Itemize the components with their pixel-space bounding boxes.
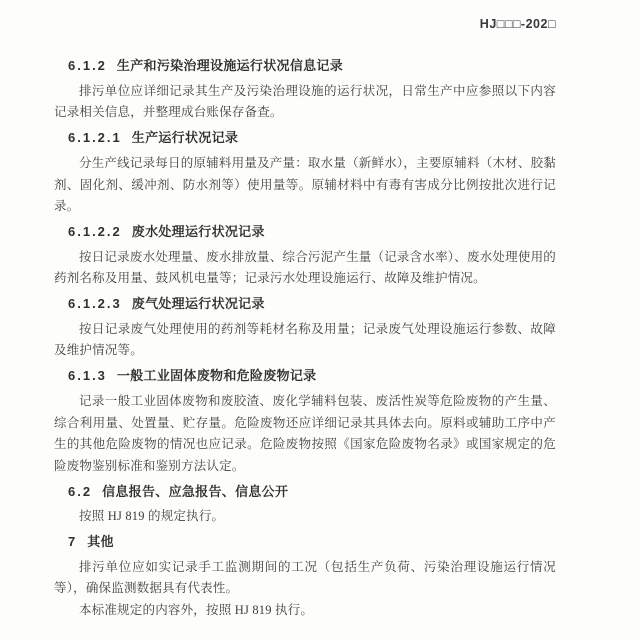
section-number: 6.2 xyxy=(68,484,92,499)
paragraph: 排污单位应如实记录手工监测期间的工况（包括生产负荷、污染治理设施运行情况等），确… xyxy=(54,557,556,600)
paragraph: 本标准规定的内容外，按照 HJ 819 执行。 xyxy=(54,600,556,622)
paragraph: 按日记录废水处理量、废水排放量、综合污泥产生量（记录含水率）、废水处理使用的药剂… xyxy=(54,247,556,290)
section-title: 其他 xyxy=(87,534,114,549)
paragraph: 分生产线记录每日的原辅料用量及产量：取水量（新鲜水），主要原辅料（木材、胶黏剂、… xyxy=(54,153,556,218)
section-heading: 7其他 xyxy=(54,528,556,557)
section-heading: 6.1.3一般工业固体废物和危险废物记录 xyxy=(54,362,556,391)
section-heading: 6.2信息报告、应急报告、信息公开 xyxy=(54,478,556,507)
section-heading: 6.1.2.3废气处理运行状况记录 xyxy=(54,290,556,319)
section-heading: 6.1.2.1生产运行状况记录 xyxy=(54,124,556,153)
paragraph: 记录一般工业固体废物和废胶渣、废化学辅料包装、废活性炭等危险废物的产生量、综合利… xyxy=(54,391,556,478)
section-heading: 6.1.2.2废水处理运行状况记录 xyxy=(54,218,556,247)
section-title: 生产和污染治理设施运行状况信息记录 xyxy=(117,58,343,73)
section-title: 信息报告、应急报告、信息公开 xyxy=(102,484,288,499)
section-number: 6.1.2 xyxy=(68,58,107,73)
standard-code-header: HJ□□□-202□ xyxy=(54,16,556,32)
document-body: 6.1.2生产和污染治理设施运行状况信息记录排污单位应详细记录其生产及污染治理设… xyxy=(54,52,556,622)
paragraph: 按照 HJ 819 的规定执行。 xyxy=(54,506,556,528)
paragraph: 排污单位应详细记录其生产及污染治理设施的运行状况，日常生产中应参照以下内容记录相… xyxy=(54,81,556,124)
section-title: 一般工业固体废物和危险废物记录 xyxy=(117,368,317,383)
section-number: 6.1.3 xyxy=(68,368,107,383)
paragraph: 按日记录废气处理使用的药剂等耗材名称及用量；记录废气处理设施运行参数、故障及维护… xyxy=(54,319,556,362)
section-title: 废水处理运行状况记录 xyxy=(132,224,265,239)
section-number: 6.1.2.1 xyxy=(68,130,122,145)
section-title: 废气处理运行状况记录 xyxy=(132,296,265,311)
section-number: 6.1.2.2 xyxy=(68,224,122,239)
document-page: HJ□□□-202□ 6.1.2生产和污染治理设施运行状况信息记录排污单位应详细… xyxy=(0,0,640,640)
section-number: 7 xyxy=(68,534,77,549)
section-number: 6.1.2.3 xyxy=(68,296,122,311)
section-title: 生产运行状况记录 xyxy=(132,130,238,145)
section-heading: 6.1.2生产和污染治理设施运行状况信息记录 xyxy=(54,52,556,81)
